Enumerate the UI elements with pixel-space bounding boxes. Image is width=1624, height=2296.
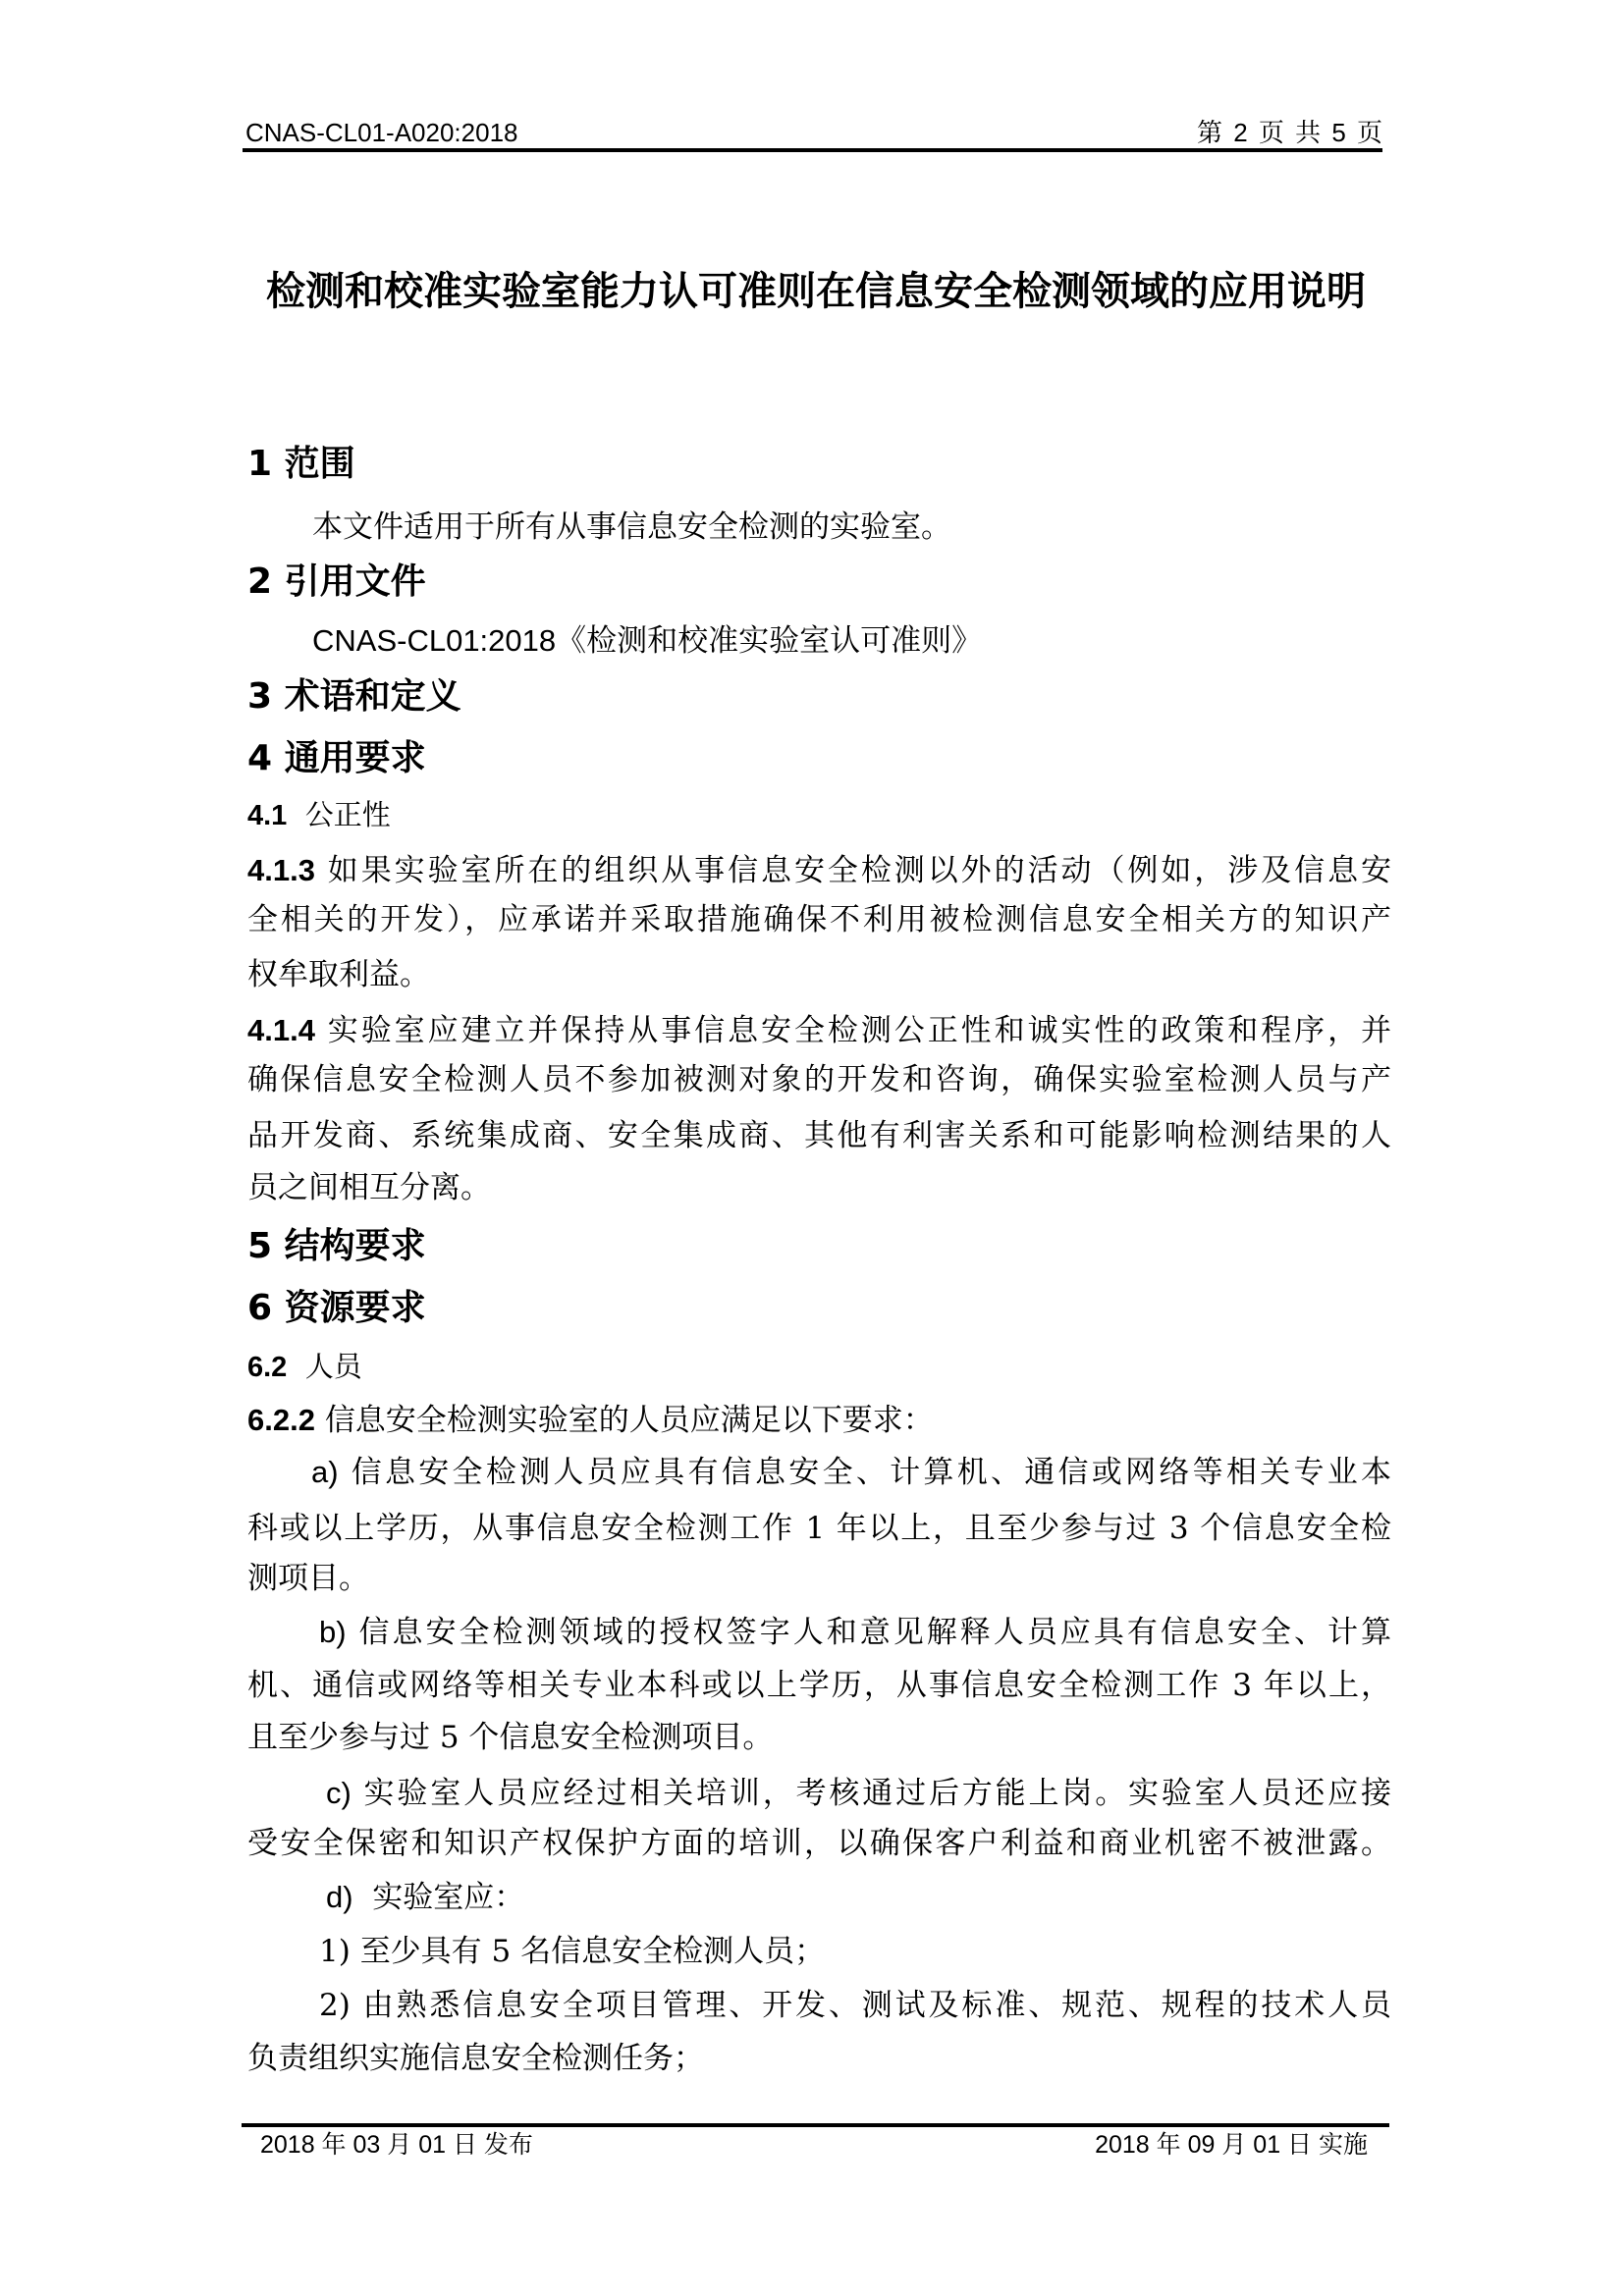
clause-4-1-4-line-2: 确保信息安全检测人员不参加被测对象的开发和咨询，确保实验室检测人员与产	[247, 1058, 1391, 1101]
section-heading-3: 3 术语和定义	[247, 674, 461, 720]
item-d-2-line-2: 负责组织实施信息安全检测任务；	[247, 2037, 1391, 2080]
page-indicator: 第 2 页 共 5 页	[1197, 118, 1374, 147]
list-marker: 1)	[319, 1934, 351, 1969]
item-text: 实验室应：	[372, 1880, 524, 1915]
item-d-2-line-1: 2) 由熟悉信息安全项目管理、开发、测试及标准、规范、规程的技术人员	[319, 1984, 1391, 2027]
item-text: 由熟悉信息安全项目管理、开发、测试及标准、规范、规程的技术人员	[363, 1988, 1391, 2023]
item-a-line-1: a) 信息安全检测人员应具有信息安全、计算机、通信或网络等相关专业本	[311, 1451, 1391, 1494]
clause-4-1-4-line-4: 员之间相互分离。	[247, 1166, 1391, 1209]
document-code: CNAS-CL01-A020:2018	[245, 118, 518, 147]
subsection-number: 6.2	[247, 1352, 287, 1383]
item-b-line-1: b) 信息安全检测领域的授权签字人和意见解释人员应具有信息安全、计算	[319, 1611, 1391, 1654]
item-c-line-2: 受安全保密和知识产权保护方面的培训，以确保客户利益和商业机密不被泄露。	[247, 1822, 1391, 1865]
clause-4-1-3-line-2: 全相关的开发），应承诺并采取措施确保不利用被检测信息安全相关方的知识产	[247, 898, 1391, 941]
item-text: 信息安全检测领域的授权签字人和意见解释人员应具有信息安全、计算	[358, 1615, 1391, 1650]
list-marker: 2)	[319, 1988, 351, 2023]
item-text: 至少具有 5 名信息安全检测人员；	[360, 1934, 825, 1969]
list-marker: c)	[326, 1776, 352, 1810]
subsection-label: 人员	[305, 1350, 362, 1383]
clause-number: 4.1.4	[247, 1013, 315, 1047]
clause-text: 实验室应建立并保持从事信息安全检测公正性和诚实性的政策和程序，并	[328, 1013, 1391, 1048]
list-marker: d)	[326, 1880, 353, 1914]
clause-4-1-3-line-3: 权牟取利益。	[247, 953, 1391, 996]
footer-rule	[242, 2123, 1389, 2127]
section-heading-4: 4 通用要求	[247, 736, 426, 781]
clause-text: 信息安全检测实验室的人员应满足以下要求：	[325, 1403, 934, 1438]
subsection-heading-6-2: 6.2 人员	[247, 1347, 362, 1387]
item-d-line-1: d) 实验室应：	[326, 1876, 915, 1919]
document-title: 检测和校准实验室能力认可准则在信息安全检测领域的应用说明	[242, 267, 1390, 316]
item-c-line-1: c) 实验室人员应经过相关培训，考核通过后方能上岗。实验室人员还应接	[326, 1772, 1391, 1815]
subsection-number: 4.1	[247, 800, 287, 831]
item-b-line-3: 且至少参与过 5 个信息安全检测项目。	[247, 1716, 1391, 1759]
list-marker: b)	[319, 1615, 347, 1649]
section-heading-6: 6 资源要求	[247, 1286, 426, 1331]
subsection-heading-4-1: 4.1 公正性	[247, 795, 391, 835]
section-heading-1: 1 范围	[247, 442, 355, 487]
reference-title: 《检测和校准实验室认可准则》	[556, 623, 982, 659]
reference-code: CNAS-CL01:2018	[312, 623, 556, 658]
section-heading-2: 2 引用文件	[247, 560, 426, 605]
item-b-line-2: 机、通信或网络等相关专业本科或以上学历，从事信息安全检测工作 3 年以上，	[247, 1664, 1391, 1707]
section-1-body: 本文件适用于所有从事信息安全检测的实验室。	[312, 506, 1196, 549]
item-text: 信息安全检测人员应具有信息安全、计算机、通信或网络等相关专业本	[352, 1455, 1391, 1490]
header-rule	[243, 148, 1382, 152]
clause-6-2-2-intro: 6.2.2 信息安全检测实验室的人员应满足以下要求：	[247, 1399, 1391, 1442]
item-text: 实验室人员应经过相关培训，考核通过后方能上岗。实验室人员还应接	[364, 1776, 1391, 1811]
clause-4-1-4-line-3: 品开发商、系统集成商、安全集成商、其他有利害关系和可能影响检测结果的人	[247, 1114, 1391, 1157]
clause-text: 如果实验室所在的组织从事信息安全检测以外的活动（例如，涉及信息安	[328, 853, 1391, 888]
issue-date: 2018 年 03 月 01 日 发布	[260, 2130, 533, 2160]
item-a-line-3: 测项目。	[247, 1557, 1391, 1600]
item-a-line-2: 科或以上学历，从事信息安全检测工作 1 年以上，且至少参与过 3 个信息安全检	[247, 1507, 1391, 1550]
clause-4-1-4-line-1: 4.1.4 实验室应建立并保持从事信息安全检测公正性和诚实性的政策和程序，并	[247, 1009, 1391, 1052]
subsection-label: 公正性	[305, 798, 391, 831]
clause-number: 6.2.2	[247, 1403, 315, 1437]
clause-4-1-3-line-1: 4.1.3 如果实验室所在的组织从事信息安全检测以外的活动（例如，涉及信息安	[247, 849, 1391, 892]
clause-number: 4.1.3	[247, 853, 315, 887]
reference-entry: CNAS-CL01:2018《检测和校准实验室认可准则》	[312, 619, 982, 663]
list-marker: a)	[311, 1455, 339, 1489]
effective-date: 2018 年 09 月 01 日 实施	[1073, 2130, 1368, 2160]
item-d-1: 1) 至少具有 5 名信息安全检测人员；	[319, 1930, 1203, 1973]
section-heading-5: 5 结构要求	[247, 1224, 426, 1269]
